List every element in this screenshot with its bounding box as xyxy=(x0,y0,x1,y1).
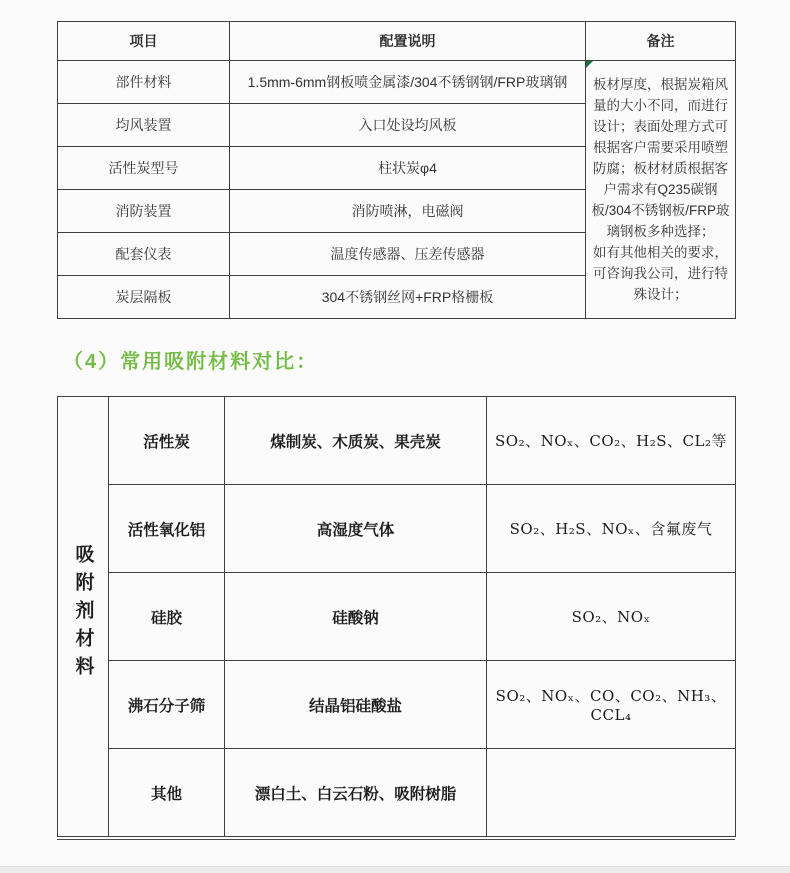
page-bottom-divider xyxy=(0,866,790,873)
material-name-cell: 其他 xyxy=(109,749,225,837)
config-cell: 304不锈钢丝网+FRP格栅板 xyxy=(230,276,586,319)
config-cell: 消防喷淋，电磁阀 xyxy=(230,190,586,233)
material-desc-cell: 硅酸钠 xyxy=(225,573,487,661)
material-desc-cell: 高湿度气体 xyxy=(225,485,487,573)
header-item: 项目 xyxy=(58,22,230,61)
table-row: 其他 漂白土、白云石粉、吸附树脂 xyxy=(58,749,736,837)
item-cell: 均风装置 xyxy=(58,104,230,147)
adsorbent-comparison-table: 吸附剂材料 活性炭 煤制炭、木质炭、果壳炭 SO₂、NOₓ、CO₂、H₂S、CL… xyxy=(57,396,736,837)
target-gases-cell: SO₂、NOₓ、CO、CO₂、NH₃、CCL₄ xyxy=(487,661,736,749)
material-name-cell: 活性氧化铝 xyxy=(109,485,225,573)
configuration-table: 项目 配置说明 备注 部件材料 1.5mm-6mm钢板喷金属漆/304不锈钢钢/… xyxy=(57,21,736,319)
section-heading: （4）常用吸附材料对比： xyxy=(63,345,318,374)
table-row: 吸附剂材料 活性炭 煤制炭、木质炭、果壳炭 SO₂、NOₓ、CO₂、H₂S、CL… xyxy=(58,397,736,485)
material-name-cell: 活性炭 xyxy=(109,397,225,485)
material-desc-cell: 煤制炭、木质炭、果壳炭 xyxy=(225,397,487,485)
document-page: 项目 配置说明 备注 部件材料 1.5mm-6mm钢板喷金属漆/304不锈钢钢/… xyxy=(0,0,790,873)
material-name-cell: 沸石分子筛 xyxy=(109,661,225,749)
material-desc-cell: 漂白土、白云石粉、吸附树脂 xyxy=(225,749,487,837)
material-name-cell: 硅胶 xyxy=(109,573,225,661)
config-cell: 1.5mm-6mm钢板喷金属漆/304不锈钢钢/FRP玻璃钢 xyxy=(230,61,586,104)
config-cell: 入口处设均风板 xyxy=(230,104,586,147)
item-cell: 配套仪表 xyxy=(58,233,230,276)
target-gases-cell: SO₂、NOₓ xyxy=(487,573,736,661)
config-cell: 温度传感器、压差传感器 xyxy=(230,233,586,276)
remark-cell: 板材厚度，根据炭箱风量的大小不同，而进行设计；表面处理方式可根据客户需要采用喷塑… xyxy=(586,61,736,319)
item-cell: 部件材料 xyxy=(58,61,230,104)
item-cell: 消防装置 xyxy=(58,190,230,233)
table-header-row: 项目 配置说明 备注 xyxy=(58,22,736,61)
remark-text-2: 如有其他相关的要求，可咨询我公司，进行特殊设计； xyxy=(588,242,733,305)
item-cell: 炭层隔板 xyxy=(58,276,230,319)
side-label-cell: 吸附剂材料 xyxy=(58,397,109,837)
table-row: 沸石分子筛 结晶铝硅酸盐 SO₂、NOₓ、CO、CO₂、NH₃、CCL₄ xyxy=(58,661,736,749)
target-gases-cell xyxy=(487,749,736,837)
item-cell: 活性炭型号 xyxy=(58,147,230,190)
cell-comment-marker-icon xyxy=(586,61,593,68)
table-row: 部件材料 1.5mm-6mm钢板喷金属漆/304不锈钢钢/FRP玻璃钢 板材厚度… xyxy=(58,61,736,104)
header-config: 配置说明 xyxy=(230,22,586,61)
side-label-text: 吸附剂材料 xyxy=(74,544,93,684)
remark-text-1: 板材厚度，根据炭箱风量的大小不同，而进行设计；表面处理方式可根据客户需要采用喷塑… xyxy=(588,74,733,242)
table-row: 活性氧化铝 高湿度气体 SO₂、H₂S、NOₓ、含氟废气 xyxy=(58,485,736,573)
comparison-table-frame: 吸附剂材料 活性炭 煤制炭、木质炭、果壳炭 SO₂、NOₓ、CO₂、H₂S、CL… xyxy=(57,396,735,840)
target-gases-cell: SO₂、NOₓ、CO₂、H₂S、CL₂等 xyxy=(487,397,736,485)
header-remark: 备注 xyxy=(586,22,736,61)
target-gases-cell: SO₂、H₂S、NOₓ、含氟废气 xyxy=(487,485,736,573)
table-row: 硅胶 硅酸钠 SO₂、NOₓ xyxy=(58,573,736,661)
material-desc-cell: 结晶铝硅酸盐 xyxy=(225,661,487,749)
config-cell: 柱状炭φ4 xyxy=(230,147,586,190)
